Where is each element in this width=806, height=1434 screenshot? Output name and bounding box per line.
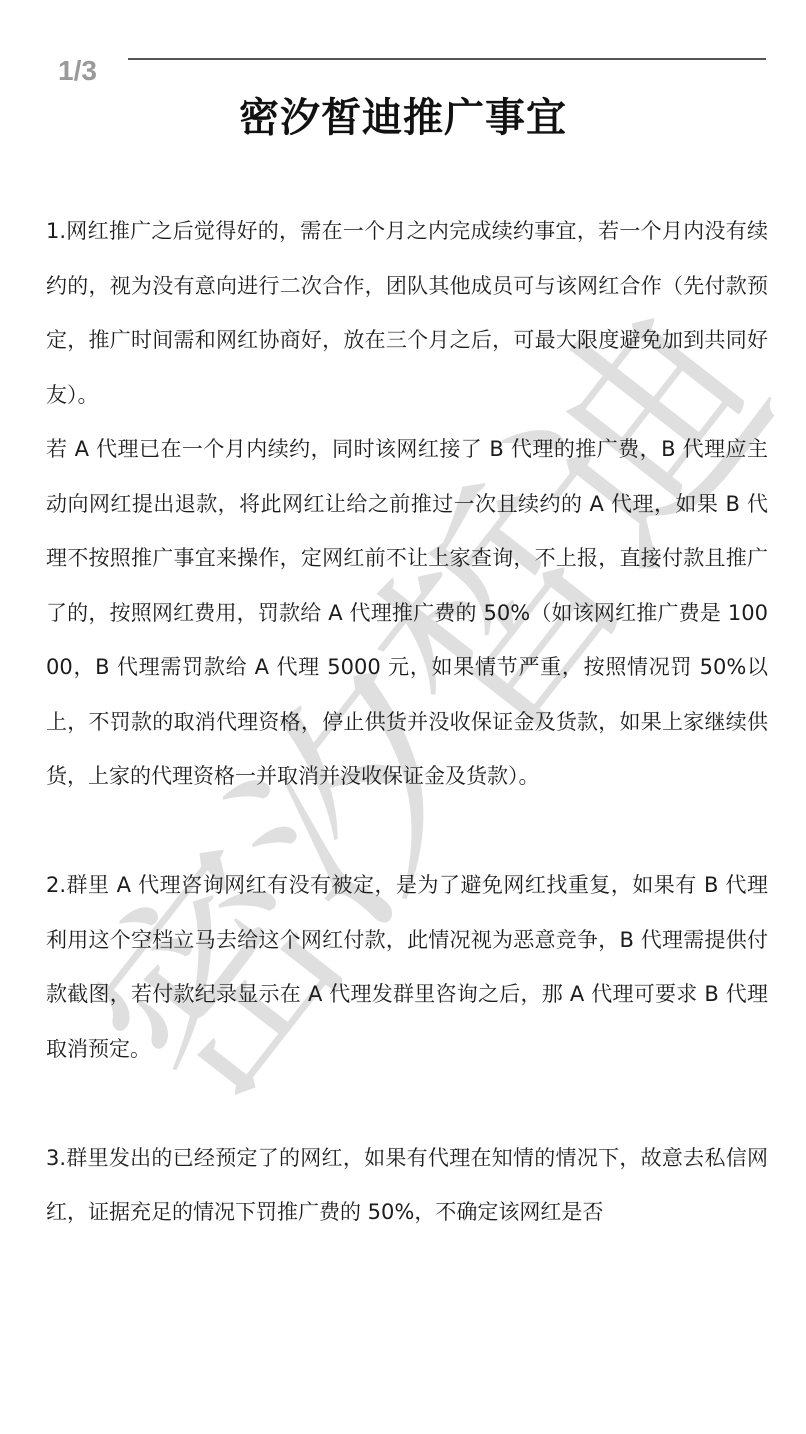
paragraph-section-2: 2.群里 A 代理咨询网红有没有被定，是为了避免网红找重复，如果有 B 代理利用… (46, 858, 768, 1076)
document-title: 密汐皙迪推广事宜 (0, 90, 806, 146)
document-body: 1.网红推广之后觉得好的，需在一个月之内完成续约事宜，若一个月内没有续约的，视为… (46, 204, 768, 1240)
paragraph-section-3: 3.群里发出的已经预定了的网红，如果有代理在知情的情况下，故意去私信网红，证据充… (46, 1131, 768, 1240)
paragraph-spacer (46, 804, 768, 859)
paragraph-spacer (46, 1076, 768, 1131)
paragraph-section-1: 1.网红推广之后觉得好的，需在一个月之内完成续约事宜，若一个月内没有续约的，视为… (46, 204, 768, 422)
page-indicator: 1/3 (58, 55, 97, 87)
paragraph-section-1-continued: 若 A 代理已在一个月内续约，同时该网红接了 B 代理的推广费，B 代理应主动向… (46, 422, 768, 804)
page-header: 1/3 (0, 50, 806, 90)
header-divider (128, 58, 766, 60)
